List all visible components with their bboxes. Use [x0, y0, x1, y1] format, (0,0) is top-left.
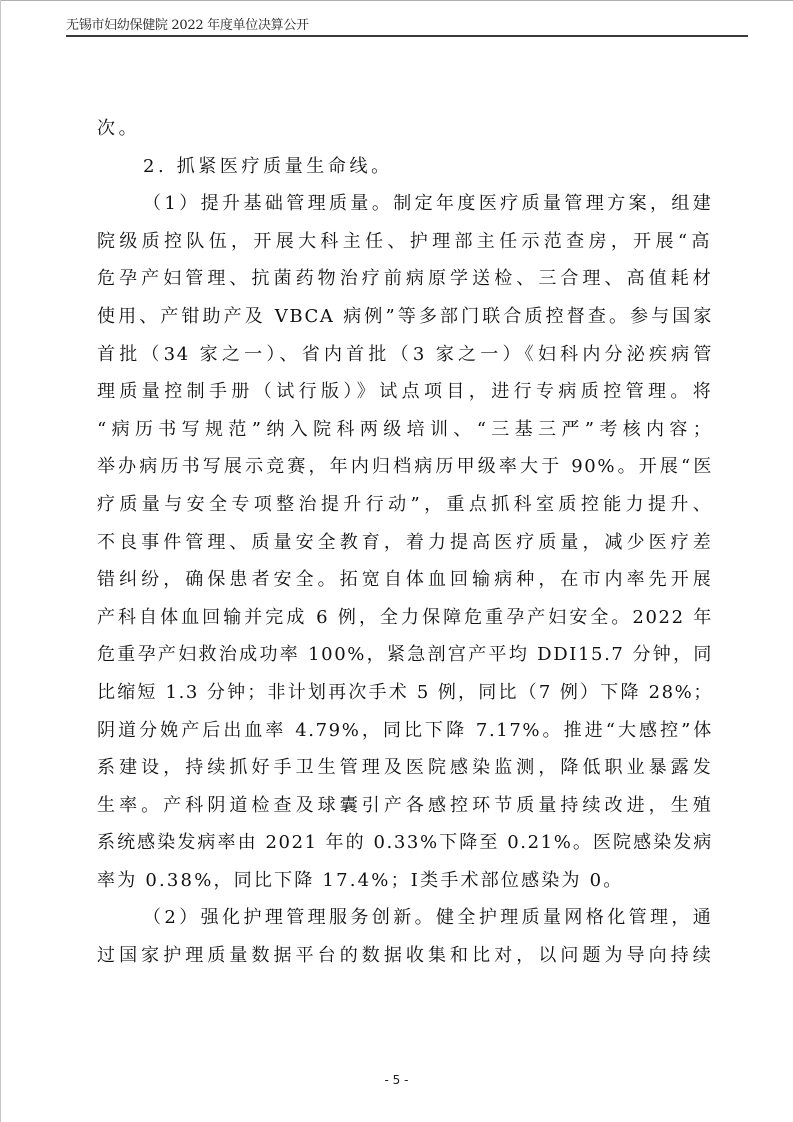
page-edge-top	[0, 0, 793, 1]
subsection-heading-line: （2）强化护理管理服务创新。健全护理质量网格化管理，通	[97, 899, 713, 937]
body-line: 次。	[97, 110, 713, 148]
body-line: 疗质量与安全专项整治提升行动”，重点抓科室质控能力提升、	[97, 486, 713, 524]
body-line: 系统感染发病率由 2021 年的 0.33%下降至 0.21%。医院感染发病	[97, 824, 713, 862]
page-edge-left	[0, 0, 1, 1122]
body-line: 过国家护理质量数据平台的数据收集和比对，以问题为导向持续	[97, 937, 713, 975]
section-heading: 2. 抓紧医疗质量生命线。	[97, 148, 713, 186]
body-line: 不良事件管理、质量安全教育，着力提高医疗质量，减少医疗差	[97, 524, 713, 562]
body-line: 率为 0.38%，同比下降 17.4%；Ⅰ类手术部位感染为 0。	[97, 862, 713, 900]
header-title: 无锡市妇幼保健院 2022 年度单位决算公开	[66, 18, 309, 34]
body-line: 系建设，持续抓好手卫生管理及医院感染监测，降低职业暴露发	[97, 749, 713, 787]
body-line: 产科自体血回输并完成 6 例，全力保障危重孕产妇安全。2022 年	[97, 599, 713, 637]
page-header: 无锡市妇幼保健院 2022 年度单位决算公开	[66, 18, 748, 38]
document-body: 次。 2. 抓紧医疗质量生命线。 （1）提升基础管理质量。制定年度医疗质量管理方…	[97, 110, 713, 975]
body-line: 危孕产妇管理、抗菌药物治疗前病原学送检、三合理、高值耗材	[97, 260, 713, 298]
subsection-heading-line: （1）提升基础管理质量。制定年度医疗质量管理方案，组建	[97, 185, 713, 223]
body-line: 理质量控制手册（试行版）》试点项目，进行专病质控管理。将	[97, 373, 713, 411]
body-line: 危重孕产妇救治成功率 100%，紧急剖宫产平均 DDI15.7 分钟，同	[97, 636, 713, 674]
body-line: 院级质控队伍，开展大科主任、护理部主任示范查房，开展“高	[97, 223, 713, 261]
body-line: 阴道分娩产后出血率 4.79%，同比下降 7.17%。推进“大感控”体	[97, 712, 713, 750]
body-line: 首批（34 家之一）、省内首批（3 家之一）《妇科内分泌疾病管	[97, 336, 713, 374]
header-divider	[66, 35, 748, 37]
body-line: 比缩短 1.3 分钟；非计划再次手术 5 例，同比（7 例）下降 28%；	[97, 674, 713, 712]
body-line: 举办病历书写展示竞赛，年内归档病历甲级率大于 90%。开展“医	[97, 448, 713, 486]
body-line: “病历书写规范”纳入院科两级培训、“三基三严”考核内容；	[97, 411, 713, 449]
body-line: 生率。产科阴道检查及球囊引产各感控环节质量持续改进，生殖	[97, 787, 713, 825]
body-line: 使用、产钳助产及 VBCA 病例”等多部门联合质控督查。参与国家	[97, 298, 713, 336]
page-number: - 5 -	[0, 1073, 793, 1087]
body-line: 错纠纷，确保患者安全。拓宽自体血回输病种，在市内率先开展	[97, 561, 713, 599]
